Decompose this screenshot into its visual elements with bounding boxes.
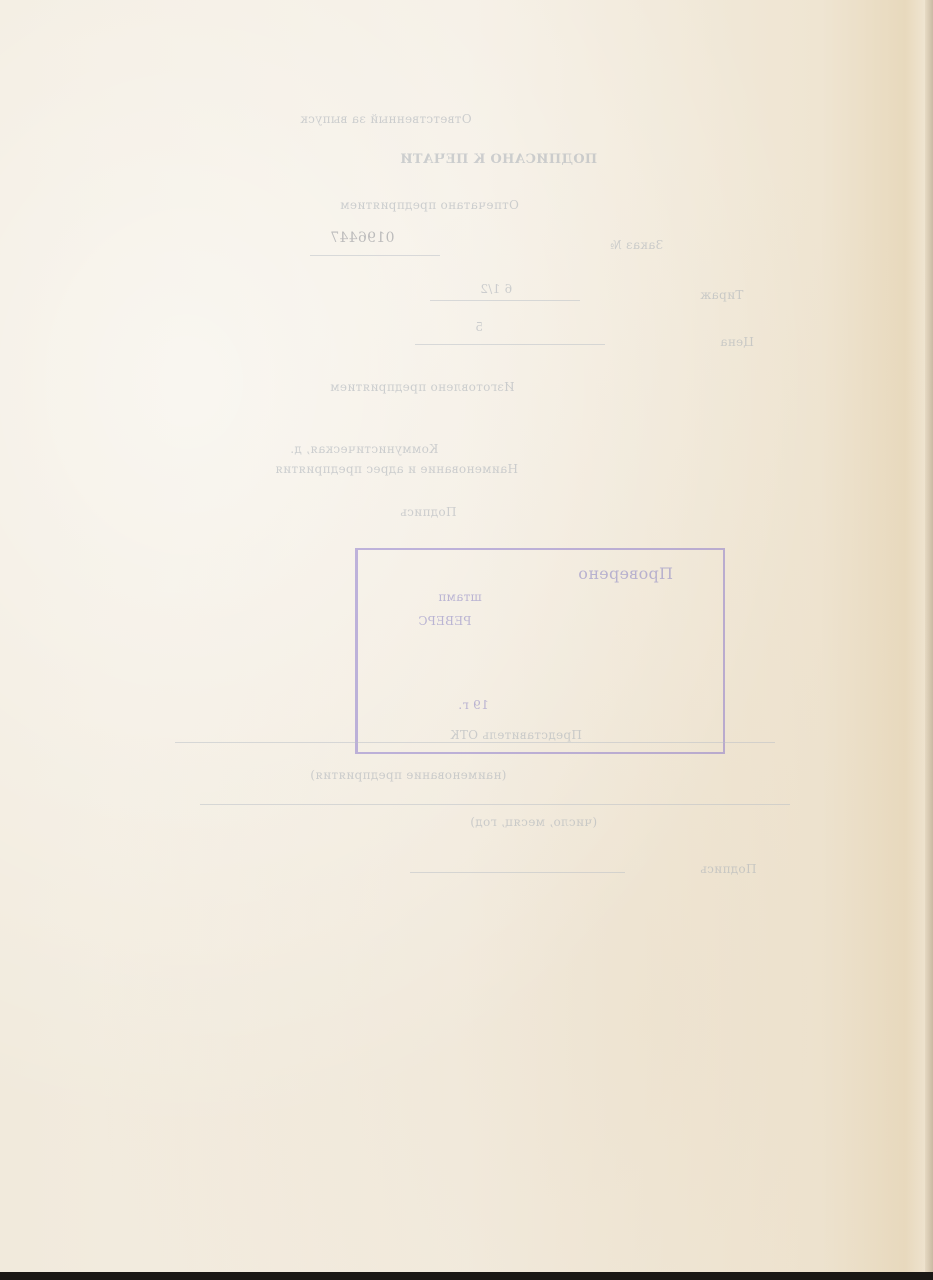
show-through-line: Представитель ОТК: [450, 728, 582, 742]
rule-line: [200, 804, 790, 805]
show-through-line: Коммунистическая, д.: [290, 442, 438, 456]
underline: [310, 255, 440, 256]
handwritten-number: 5: [475, 320, 483, 334]
show-through-title: ПОДПИСАНО К ПЕЧАТИ: [400, 152, 597, 167]
handwritten-number: 0196447: [330, 230, 394, 246]
show-through-line: Ответственный за выпуск: [300, 112, 472, 126]
underline: [415, 344, 605, 345]
page-edge: [925, 0, 933, 1272]
show-through-line: Изготовлено предприятием: [330, 380, 515, 394]
stamp-text: РЕВЕРС: [418, 614, 471, 628]
show-through-line: Цена: [720, 335, 754, 349]
stamp-text: штамп: [438, 590, 482, 604]
show-through-line: (наименование предприятия): [310, 768, 506, 782]
handwritten-number: 6 1/2: [480, 282, 512, 296]
show-through-line: Подпись: [700, 862, 756, 876]
show-through-line: (число, месяц, год): [470, 815, 597, 829]
stamp-text: 19 г.: [458, 698, 489, 712]
scan-border: [0, 1272, 933, 1280]
rule-line: [175, 742, 775, 743]
ink-stamp: Проверено штамп РЕВЕРС 19 г.: [355, 548, 725, 754]
show-through-line: Заказ №: [610, 238, 663, 252]
stamp-text: Проверено: [578, 564, 673, 583]
show-through-line: Подпись: [400, 505, 456, 519]
show-through-line: Тираж: [700, 288, 743, 302]
show-through-line: Наименование и адрес предприятия: [275, 462, 518, 476]
underline: [430, 300, 580, 301]
show-through-line: Отпечатано предприятием: [340, 198, 519, 212]
underline: [410, 872, 625, 873]
